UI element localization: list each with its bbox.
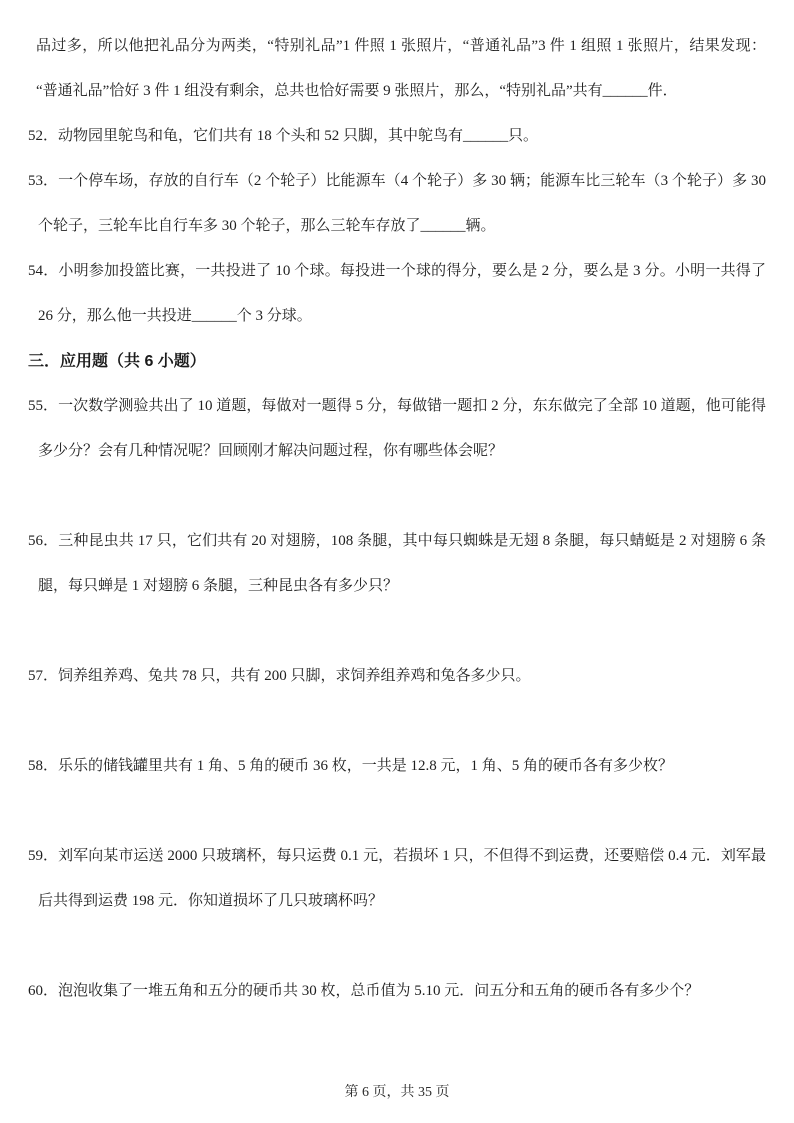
question-55-line-1: 55．一次数学测验共出了 10 道题，每做对一题得 5 分，每做错一题扣 2 分… — [28, 384, 766, 429]
question-53: 53．一个停车场，存放的自行车（2 个轮子）比能源车（4 个轮子）多 30 辆；… — [28, 159, 766, 249]
question-59-line-2: 后共得到运费 198 元．你知道损坏了几只玻璃杯吗？ — [38, 879, 766, 924]
question-56: 56．三种昆虫共 17 只，它们共有 20 对翅膀，108 条腿，其中每只蜘蛛是… — [28, 519, 766, 609]
question-57-line-1: 57．饲养组养鸡、兔共 78 只，共有 200 只脚，求饲养组养鸡和兔各多少只。 — [28, 654, 766, 699]
question-51-continuation-line-1: 品过多，所以他把礼品分为两类，“特别礼品”1 件照 1 张照片，“普通礼品”3 … — [36, 24, 766, 69]
question-58-line-1: 58．乐乐的储钱罐里共有 1 角、5 角的硬币 36 枚，一共是 12.8 元，… — [28, 744, 766, 789]
question-60: 60．泡泡收集了一堆五角和五分的硬币共 30 枚，总币值为 5.10 元．问五分… — [28, 969, 766, 1014]
question-55: 55．一次数学测验共出了 10 道题，每做对一题得 5 分，每做错一题扣 2 分… — [28, 384, 766, 474]
question-51-continuation-line-2: “普通礼品”恰好 3 件 1 组没有剩余，总共也恰好需要 9 张照片，那么，“特… — [36, 69, 766, 114]
exam-document-page: 品过多，所以他把礼品分为两类，“特别礼品”1 件照 1 张照片，“普通礼品”3 … — [0, 0, 794, 1123]
question-60-line-1: 60．泡泡收集了一堆五角和五分的硬币共 30 枚，总币值为 5.10 元．问五分… — [28, 969, 766, 1014]
question-54: 54．小明参加投篮比赛，一共投进了 10 个球。每投进一个球的得分，要么是 2 … — [28, 249, 766, 339]
question-52: 52．动物园里鸵鸟和龟，它们共有 18 个头和 52 只脚，其中鸵鸟有_____… — [28, 114, 766, 159]
question-56-line-2: 腿，每只蝉是 1 对翅膀 6 条腿，三种昆虫各有多少只？ — [38, 564, 766, 609]
question-56-line-1: 56．三种昆虫共 17 只，它们共有 20 对翅膀，108 条腿，其中每只蜘蛛是… — [28, 519, 766, 564]
question-59-line-1: 59．刘军向某市运送 2000 只玻璃杯，每只运费 0.1 元，若损坏 1 只，… — [28, 834, 766, 879]
question-58: 58．乐乐的储钱罐里共有 1 角、5 角的硬币 36 枚，一共是 12.8 元，… — [28, 744, 766, 789]
page-footer: 第 6 页，共 35 页 — [0, 1078, 794, 1108]
question-55-line-2: 多少分？会有几种情况呢？回顾刚才解决问题过程，你有哪些体会呢？ — [38, 429, 766, 474]
question-54-line-2: 26 分，那么他一共投进______个 3 分球。 — [38, 294, 766, 339]
question-52-line-1: 52．动物园里鸵鸟和龟，它们共有 18 个头和 52 只脚，其中鸵鸟有_____… — [28, 114, 766, 159]
question-53-line-2: 个轮子，三轮车比自行车多 30 个轮子，那么三轮车存放了______辆。 — [38, 204, 766, 249]
question-59: 59．刘军向某市运送 2000 只玻璃杯，每只运费 0.1 元，若损坏 1 只，… — [28, 834, 766, 924]
page-content: 品过多，所以他把礼品分为两类，“特别礼品”1 件照 1 张照片，“普通礼品”3 … — [28, 24, 766, 1014]
question-57: 57．饲养组养鸡、兔共 78 只，共有 200 只脚，求饲养组养鸡和兔各多少只。 — [28, 654, 766, 699]
question-51-continuation: 品过多，所以他把礼品分为两类，“特别礼品”1 件照 1 张照片，“普通礼品”3 … — [28, 24, 766, 114]
section-heading-applications: 三．应用题（共 6 小题） — [28, 339, 766, 384]
question-54-line-1: 54．小明参加投篮比赛，一共投进了 10 个球。每投进一个球的得分，要么是 2 … — [28, 249, 766, 294]
question-53-line-1: 53．一个停车场，存放的自行车（2 个轮子）比能源车（4 个轮子）多 30 辆；… — [28, 159, 766, 204]
